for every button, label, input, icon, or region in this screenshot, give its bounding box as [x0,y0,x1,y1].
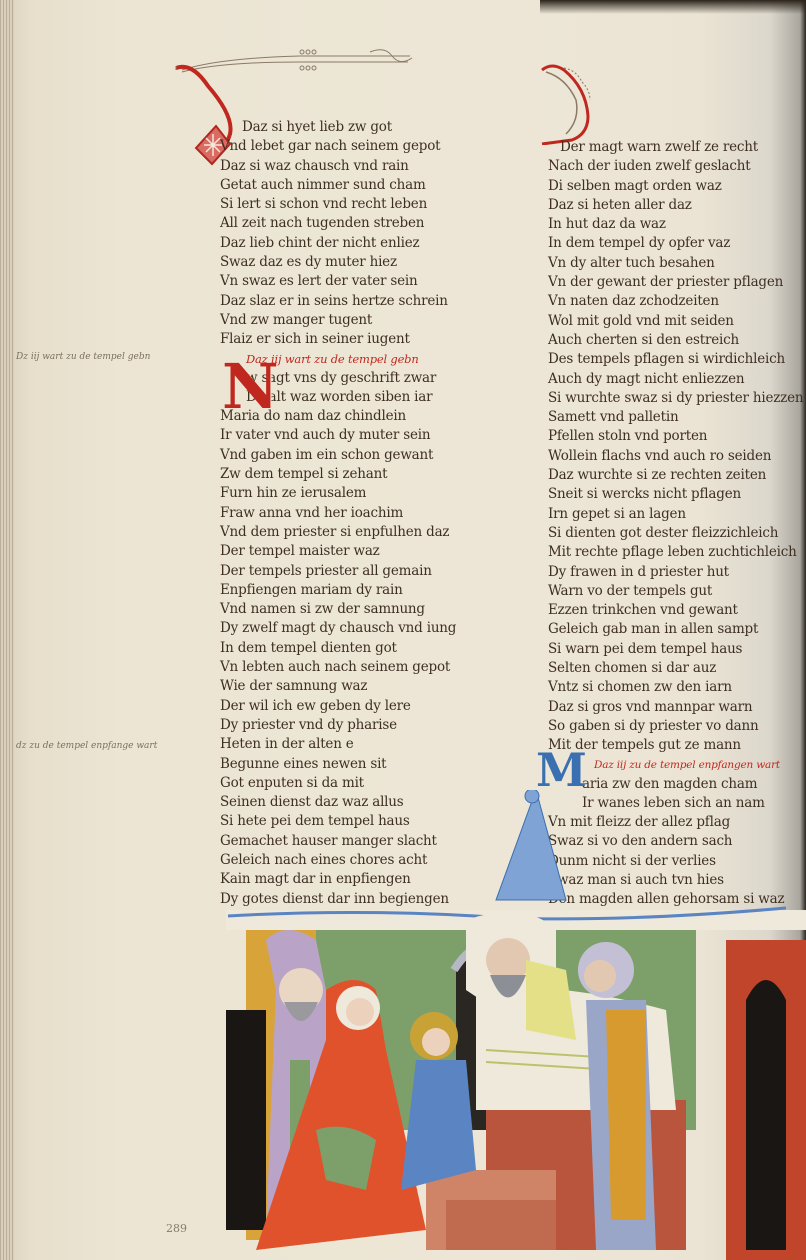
text-line: So gaben si dy priester vo dann [548,717,803,736]
initial-letter-d-right [536,60,596,145]
text-line: Des tempels pflagen si wirdichleich [548,350,803,369]
text-line: Vn der gewant der priester pflagen [548,273,803,292]
text-line: Heten in der alten e [220,735,456,754]
text-line: In hut daz da waz [548,215,803,234]
text-line: Ir vater vnd auch dy muter sein [220,426,456,445]
text-line: Flaiz er sich in seiner iugent [220,330,456,349]
text-line: Mit rechte pflage leben zuchtichleich [548,543,803,562]
text-line: Vntz si chomen zw den iarn [548,678,803,697]
text-line: Irn gepet si an lagen [548,505,803,524]
text-line: Vnd lebet gar nach seinem gepot [220,137,456,156]
text-line: All zeit nach tugenden streben [220,214,456,233]
text-line: Nach der iuden zwelf geslacht [548,157,803,176]
text-line: Daz si heten aller daz [548,196,803,215]
text-line: Begunne eines newen sit [220,755,456,774]
text-line: Wollein flachs vnd auch ro seiden [548,447,803,466]
text-line: Enpfiengen mariam dy rain [220,581,456,600]
page-edge-shadow [540,0,806,14]
text-line: Si dienten got dester fleizzichleich [548,524,803,543]
text-line: Vnd gaben im ein schon gewant [220,446,456,465]
text-line: Vn swaz es lert der vater sein [220,272,456,291]
margin-note: dz zu de tempel enpfange wart [16,741,157,751]
text-line: Si lert si schon vnd recht leben [220,195,456,214]
folio-number: 289 [166,1222,187,1235]
text-line: Auch cherten si den estreich [548,331,803,350]
text-line: Pfellen stoln vnd porten [548,427,803,446]
text-line: Der magt warn zwelf ze recht [548,138,803,157]
text-line: Vn dy alter tuch besahen [548,254,803,273]
initial-letter-n: N [222,356,279,418]
text-line: Daz si hyet lieb zw got [220,118,456,137]
text-line: Vn lebten auch nach seinem gepot [220,658,456,677]
text-line: Daz slaz er in seins hertze schrein [220,292,456,311]
illumination-presentation-in-temple [226,790,806,1260]
manuscript-page: Daz si hyet lieb zw got Vnd lebet gar na… [0,0,806,1260]
text-line: Ezzen trinkchen vnd gewant [548,601,803,620]
text-line: Dy priester vnd dy pharise [220,716,456,735]
book-gutter [0,0,14,1260]
text-line: Dy frawen in d priester hut [548,563,803,582]
text-line: Daz si waz chausch vnd rain [220,157,456,176]
text-line: Di selben magt orden waz [548,177,803,196]
text-line: In dem tempel dy opfer vaz [548,234,803,253]
margin-note: Dz iij wart zu de tempel gebn [16,352,150,362]
text-line: Vnd namen si zw der samnung [220,600,456,619]
initial-letter-m: M [536,745,587,795]
text-line: Selten chomen si dar auz [548,659,803,678]
text-line: Samett vnd palletin [548,408,803,427]
text-line: Vnd zw manger tugent [220,311,456,330]
text-line: Zw dem tempel si zehant [220,465,456,484]
text-line: Wie der samnung waz [220,677,456,696]
text-line: Swaz daz es dy muter hiez [220,253,456,272]
text-line: In dem tempel dienten got [220,639,456,658]
text-line: Fraw anna vnd her ioachim [220,504,456,523]
text-line: Si warn pei dem tempel haus [548,640,803,659]
text-line: Auch dy magt nicht enliezzen [548,370,803,389]
text-line: Dy zwelf magt dy chausch vnd iung [220,619,456,638]
text-line: Der tempels priester all gemain [220,562,456,581]
text-line: Sneit si wercks nicht pflagen [548,485,803,504]
text-line: Daz lieb chint der nicht enliez [220,234,456,253]
text-line: Geleich gab man in allen sampt [548,620,803,639]
text-line: Si wurchte swaz si dy priester hiezzen [548,389,803,408]
text-line: Warn vo der tempels gut [548,582,803,601]
text-line: Getat auch nimmer sund cham [220,176,456,195]
text-line: Der tempel maister waz [220,542,456,561]
text-line: Daz si gros vnd mannpar warn [548,698,803,717]
text-line: Vn naten daz zchodzeiten [548,292,803,311]
text-line: Der wil ich ew geben dy lere [220,697,456,716]
text-line: Furn hin ze ierusalem [220,484,456,503]
text-line: Wol mit gold vnd mit seiden [548,312,803,331]
text-line: Daz wurchte si ze rechten zeiten [548,466,803,485]
text-line: Vnd dem priester si enpfulhen daz [220,523,456,542]
